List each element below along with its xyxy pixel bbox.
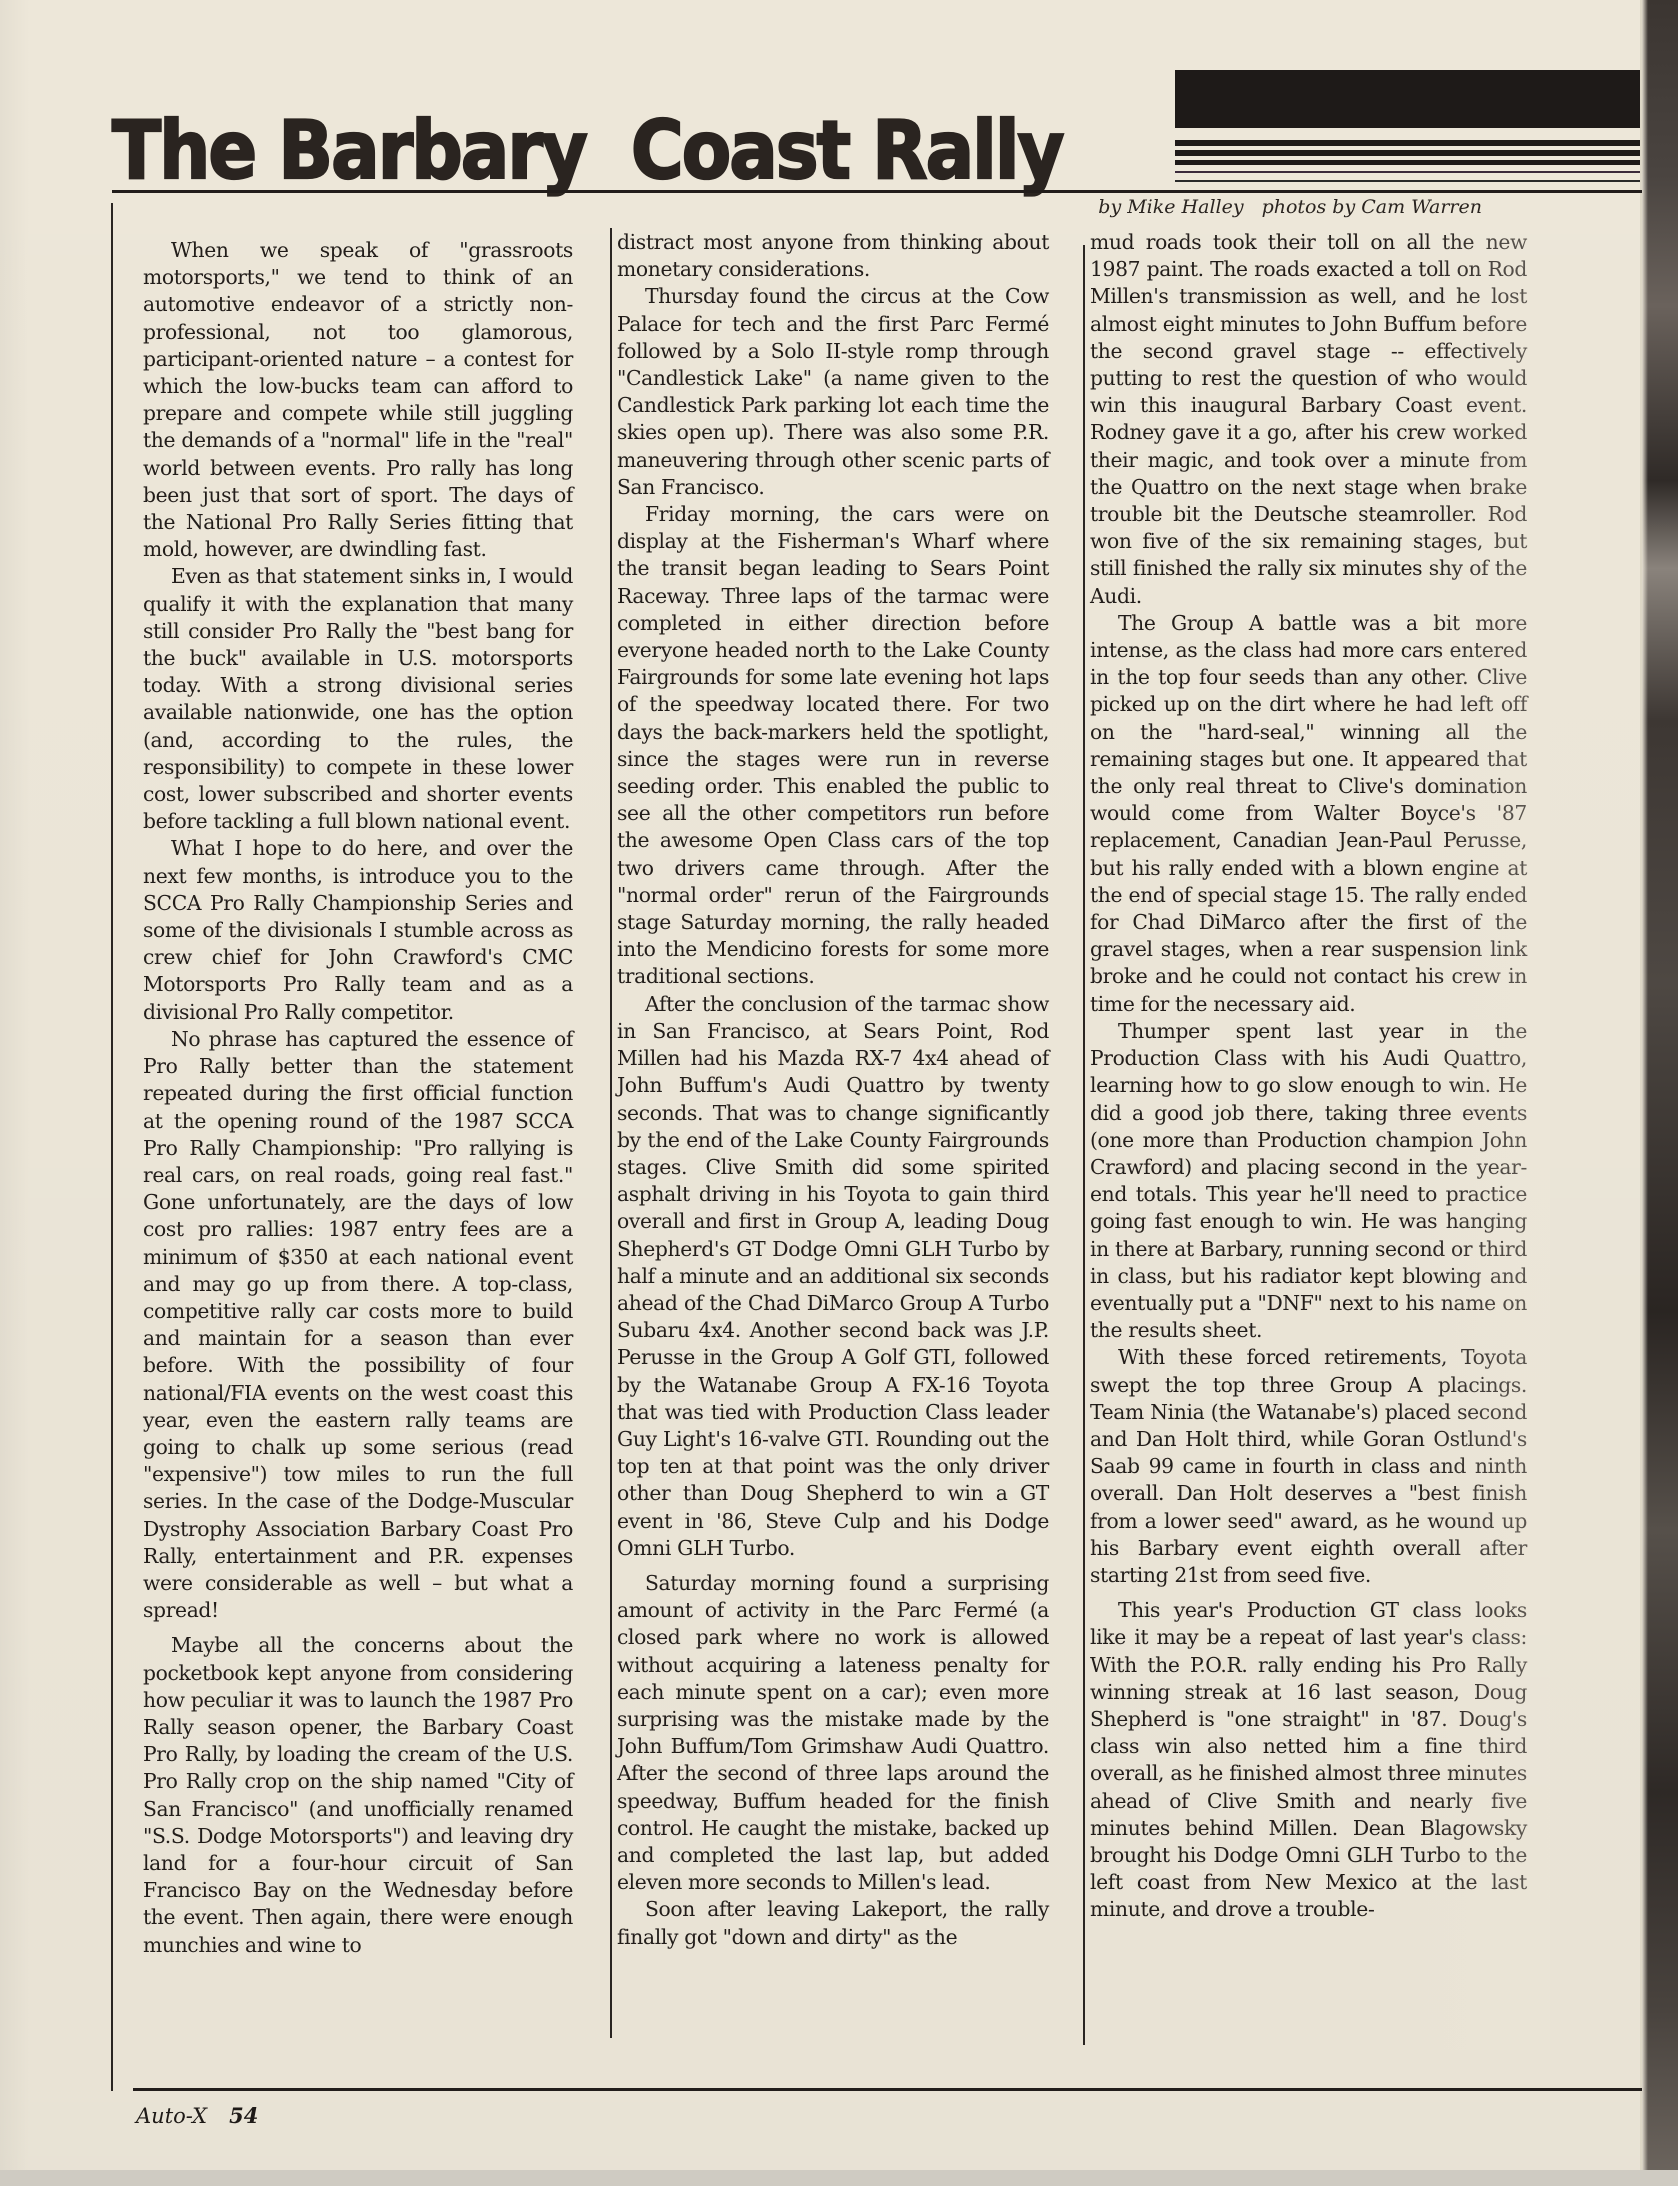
article-column-3: mud roads took their toll on all the new… [1090, 229, 1527, 1924]
paragraph: With these forced retirements, Toyota sw… [1090, 1344, 1527, 1589]
magazine-name: Auto-X [136, 2104, 207, 2128]
paragraph: Saturday morning found a surprising amou… [617, 1570, 1049, 1896]
paragraph: After the conclusion of the tarmac show … [617, 991, 1049, 1562]
title-part-2: Coast Rally [631, 103, 1063, 197]
frame-bottom-rule [133, 2088, 1642, 2091]
header-stripe [1175, 150, 1640, 156]
header-stripe [1175, 140, 1640, 146]
paragraph: Thursday found the circus at the Cow Pal… [617, 283, 1049, 501]
article-column-2: distract most anyone from thinking about… [617, 229, 1049, 1951]
adjacent-page-photo [1642, 0, 1678, 2186]
header-stripe-thin [1175, 180, 1640, 182]
byline-author: by Mike Halley [1098, 196, 1243, 218]
frame-left-rule [111, 203, 113, 2091]
paragraph: When we speak of "grassroots motorsports… [143, 237, 573, 563]
article-column-1: When we speak of "grassroots motorsports… [143, 237, 573, 1959]
page-number: 54 [229, 2103, 258, 2128]
title-part-1: The Barbary [112, 103, 586, 197]
magazine-page: The Barbary Coast Rally by Mike Halleyph… [0, 0, 1640, 2170]
paragraph: mud roads took their toll on all the new… [1090, 229, 1527, 610]
paragraph: This year's Production GT class looks li… [1090, 1597, 1527, 1923]
paragraph: The Group A battle was a bit more intens… [1090, 610, 1527, 1018]
paragraph: Soon after leaving Lakeport, the rally f… [617, 1896, 1049, 1950]
column-divider [610, 228, 612, 2038]
paragraph: What I hope to do here, and over the nex… [143, 835, 573, 1025]
header-stripe [1175, 160, 1640, 165]
paragraph: Friday morning, the cars were on display… [617, 501, 1049, 991]
header-stripe-thick [1175, 70, 1640, 128]
byline: by Mike Halleyphotos by Cam Warren [1098, 196, 1482, 218]
paragraph: Thumper spent last year in the Productio… [1090, 1018, 1527, 1344]
paragraph: distract most anyone from thinking about… [617, 229, 1049, 283]
page-footer: Auto-X54 [136, 2103, 258, 2128]
paragraph: No phrase has captured the essence of Pr… [143, 1026, 573, 1624]
article-title: The Barbary Coast Rally [112, 103, 1062, 197]
scan-edge [0, 2170, 1678, 2186]
frame-top-rule [112, 190, 1642, 193]
byline-photos: photos by Cam Warren [1262, 196, 1482, 218]
header-stripe-thin [1175, 171, 1640, 173]
paragraph: Maybe all the concerns about the pocketb… [143, 1632, 573, 1958]
paragraph: Even as that statement sinks in, I would… [143, 563, 573, 835]
column-divider [1083, 245, 1085, 2045]
